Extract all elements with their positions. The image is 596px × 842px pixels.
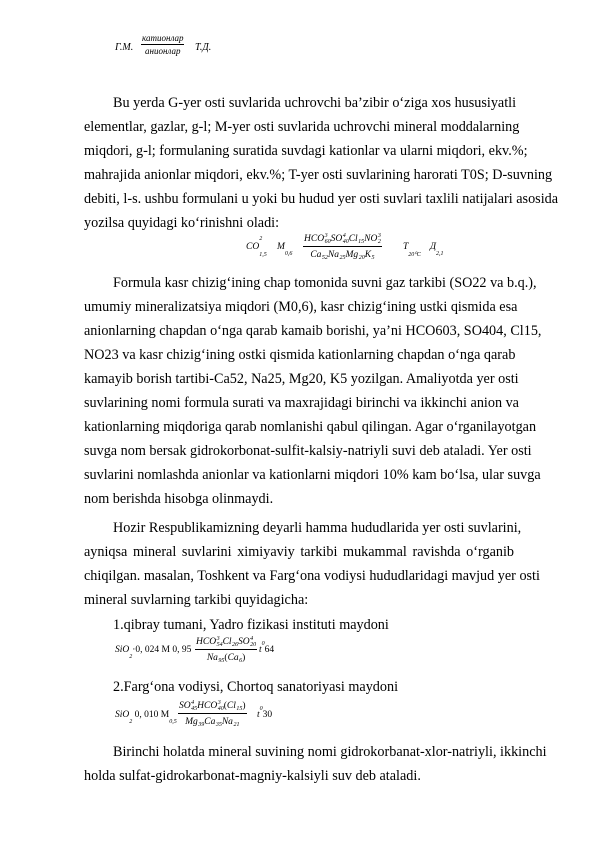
formula-numerator: SO445HCO340(Cl 15)	[178, 700, 247, 714]
text-line: suvlarini nomlashda anionlar va kationla…	[84, 467, 514, 483]
text-line: Hozir Respublikamizning deyarli hamma hu…	[113, 520, 514, 536]
text-line: debiti, l-s. ushbu formulani u yoki bu h…	[84, 191, 514, 207]
text-line: anionlarning chapdan o‘nga qarab kamaib …	[84, 323, 514, 339]
formula-fraction: HCO354Cl 26SO420 Na 95(Ca 6)	[195, 636, 257, 664]
text-line: Formula kasr chizig‘ining chap tomonida …	[113, 275, 514, 291]
formula-temperature: t064	[259, 646, 274, 656]
text-line: suvlarining nomi formula surati va maxra…	[84, 395, 514, 411]
formula-fraction: SO445HCO340(Cl 15) Mg 39Ca 35Na 21	[178, 700, 247, 728]
text-line: elementlar, gazlar, g-l; M-yer osti suvl…	[84, 119, 514, 135]
text-line: Bu yerda G-yer osti suvlarida uchrovchi …	[113, 95, 514, 111]
text-line: miqdori, g-l; formulaning suratida suvda…	[84, 143, 514, 159]
formula-kurlov: CO21,5 M0,6 HCO360SO440Cl 15NO32 Ca 52Na…	[246, 233, 446, 273]
formula-right: Т.Д.	[195, 43, 211, 53]
text-line: umumiy mineralizatsiya miqdori (M0,6), k…	[84, 299, 514, 315]
text-line: holda sulfat-gidrokarbonat-magniy-kalsiy…	[84, 768, 514, 784]
formula-numerator: катионлар	[141, 34, 184, 45]
text-line: NO23 va kasr chizig‘ining ostki qismida …	[84, 347, 514, 363]
text-line: kationlarning miqdoriga qarab nomlanishi…	[84, 419, 514, 435]
formula-temperature: t030	[257, 711, 272, 721]
text-line: Birinchi holatda mineral suvining nomi g…	[113, 744, 514, 760]
formula-temperature: T20⁰C	[403, 243, 421, 253]
formula-mineralization: M0,6	[277, 243, 292, 253]
formula-denominator: Na 95(Ca 6)	[207, 650, 246, 664]
formula-denominator: анионлар	[145, 45, 180, 56]
formula-left: Г.М.	[115, 43, 133, 53]
formula-ion-fraction: HCO360SO440Cl 15NO32 Ca 52Na 25Mg 20K 5	[303, 233, 382, 261]
formula-prefix: SiO2·0, 024 M 0, 95	[115, 646, 191, 656]
item-1-title: 1.qibray tumani, Yadro fizikasi institut…	[113, 617, 514, 633]
text-line: chiqilgan. masalan, Toshkent va Farg‘ona…	[84, 568, 514, 584]
text-line: kamayib borish tartibi-Ca52, Na25, Mg20,…	[84, 371, 514, 387]
formula-debit: Д2,1	[430, 243, 444, 253]
formula-prefix: SiO2 0, 010 M0,5	[115, 711, 177, 721]
document-page: Г.М. катионлар анионлар Т.Д. Bu yerda G-…	[0, 0, 596, 842]
text-line: ayniqsa mineral suvlarini ximiyaviy tark…	[84, 544, 514, 560]
text-line: suvga nom bersak gidrokorbonat-sulfit-ka…	[84, 443, 514, 459]
text-line: mahrajida anionlar miqdori, ekv.%; T-yer…	[84, 167, 514, 183]
item-2-title: 2.Farg‘ona vodiysi, Chortoq sanatoriyasi…	[113, 679, 514, 695]
formula-denominator: Mg 39Ca 35Na 21	[185, 714, 239, 728]
text-line: yozilsa quyidagi ko‘rinishni oladi:	[84, 215, 514, 231]
formula-fraction: катионлар анионлар	[141, 34, 184, 56]
formula-gas: CO21,5	[246, 243, 267, 253]
text-line: mineral suvlarning tarkibi quyidagicha:	[84, 592, 514, 608]
text-line: nom berishda hisobga olinmaydi.	[84, 491, 514, 507]
formula-numerator: HCO354Cl 26SO420	[195, 636, 257, 650]
formula-anions: HCO360SO440Cl 15NO32	[303, 233, 382, 247]
formula-cations: Ca 52Na 25Mg 20K 5	[310, 247, 374, 261]
